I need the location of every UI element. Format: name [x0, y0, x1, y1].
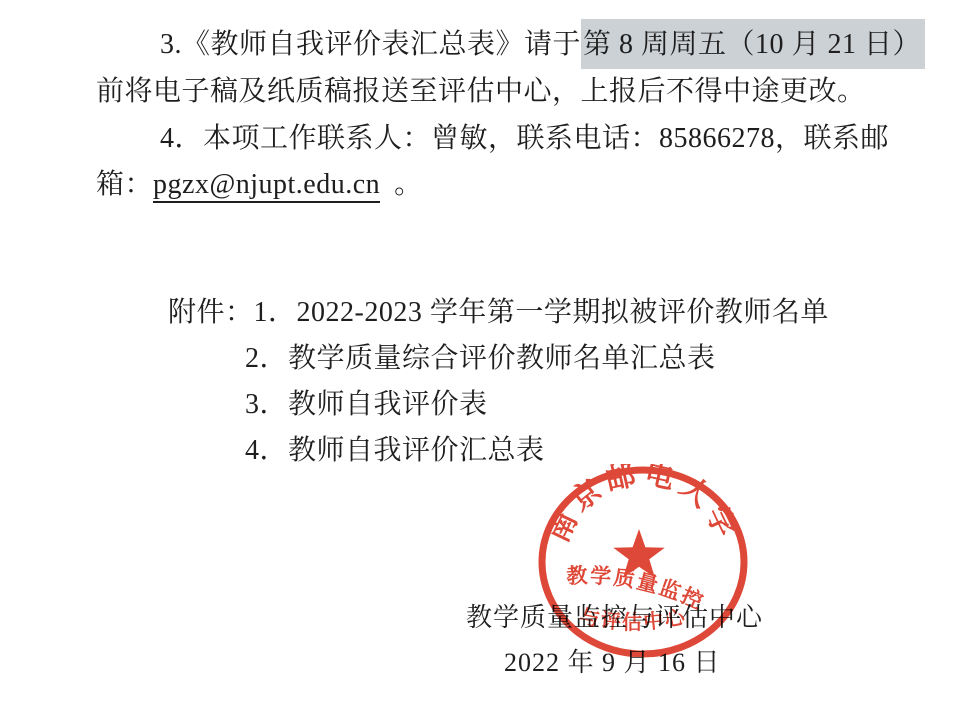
attachment-line-4: 4．教师自我评价汇总表 — [245, 428, 545, 468]
para-3-line-1: 3.《教师自我评价表汇总表》请于第 8 周周五（10 月 21 日） — [160, 22, 925, 62]
seal-university-text: 南京邮电大学 — [542, 464, 745, 547]
email-label: 箱： — [96, 169, 153, 200]
email-link[interactable]: pgzx@njupt.edu.cn — [153, 169, 380, 203]
official-seal: 南京邮电大学 教学质量监控 与评估中心 — [536, 464, 750, 678]
attachment-line-2: 2．教学质量综合评价教师名单汇总表 — [245, 336, 716, 376]
para-3-text: 3.《教师自我评价表汇总表》请于 — [160, 29, 581, 60]
svg-text:与评估中心: 与评估中心 — [577, 604, 688, 634]
para-4-line-2: 箱：pgzx@njupt.edu.cn。 — [96, 162, 423, 202]
svg-text:教学质量监控: 教学质量监控 — [566, 563, 708, 614]
attachment-line-3: 3．教师自我评价表 — [245, 382, 488, 422]
seal-department-line-1: 教学质量监控 — [566, 563, 708, 614]
attachment-line-1: 附件：1．2022-2023 学年第一学期拟被评价教师名单 — [168, 290, 829, 330]
scanned-document-page: 3.《教师自我评价表汇总表》请于第 8 周周五（10 月 21 日） 前将电子稿… — [0, 0, 980, 717]
svg-text:南京邮电大学: 南京邮电大学 — [542, 464, 745, 547]
para-4-line-1: 4．本项工作联系人：曾敏，联系电话：85866278，联系邮 — [160, 116, 889, 156]
highlighted-date-text: 第 8 周周五（10 月 21 日） — [581, 19, 925, 69]
para-3-line-2: 前将电子稿及纸质稿报送至评估中心，上报后不得中途更改。 — [96, 69, 866, 109]
seal-department-line-2: 与评估中心 — [577, 604, 688, 634]
sentence-period: 。 — [394, 169, 423, 200]
